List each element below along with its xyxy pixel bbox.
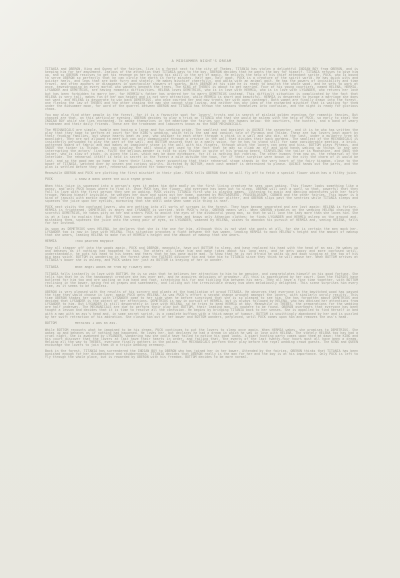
quote-text: What angel wakes me from my flowery bed? [75, 266, 358, 269]
summary-paragraph: OBERON is very pleased with the results … [45, 291, 358, 319]
dialogue-line: BOTTOM Methinks I was an ass. [45, 322, 358, 325]
quote-text: Thou painted maypole [75, 240, 358, 243]
speaker-name: BOTTOM [45, 322, 75, 325]
summary-paragraph: Back in the forest, TITANIA has surrende… [45, 350, 358, 359]
summary-paragraph: TITANIA falls instantly in love with BOT… [45, 273, 358, 288]
dialogue-line: HERMIA Thou painted maypole [45, 240, 358, 243]
summary-paragraph: As soon as DEMETRIUS sees HELENA, he dec… [45, 228, 358, 237]
dialogue-line: TITANIA What angel wakes me from my flow… [45, 266, 358, 269]
speaker-name: PUCK [45, 178, 75, 181]
quote-text: Methinks I was an ass. [75, 322, 358, 325]
speaker-name: HERMIA [45, 240, 75, 243]
summary-paragraph: The MECHANICALS are simple, humble men h… [45, 129, 358, 169]
summary-paragraph: PUCK next visits the confused lovers, wh… [45, 206, 358, 224]
document-title: A MIDSUMMER NIGHT'S DREAM [45, 59, 358, 63]
summary-paragraph: You may also find other people in the fo… [45, 114, 358, 126]
document-page: A MIDSUMMER NIGHT'S DREAM TITANIA and OB… [45, 59, 358, 362]
summary-paragraph: TITANIA and OBERON, King and Queen of th… [45, 68, 358, 111]
speaker-name: TITANIA [45, 266, 75, 269]
summary-paragraph: Meanwhile OBERON and PUCK are plotting t… [45, 172, 358, 175]
quote-text: I know a bank where the wild thyme grows [75, 178, 358, 181]
summary-paragraph: They all stagger off into the woods agai… [45, 247, 358, 262]
summary-paragraph: When this juice is squeezed into a perso… [45, 185, 358, 203]
dialogue-line: PUCK I know a bank where the wild thyme … [45, 178, 358, 181]
summary-paragraph: While BOTTOM recounts what he imagined t… [45, 329, 358, 347]
